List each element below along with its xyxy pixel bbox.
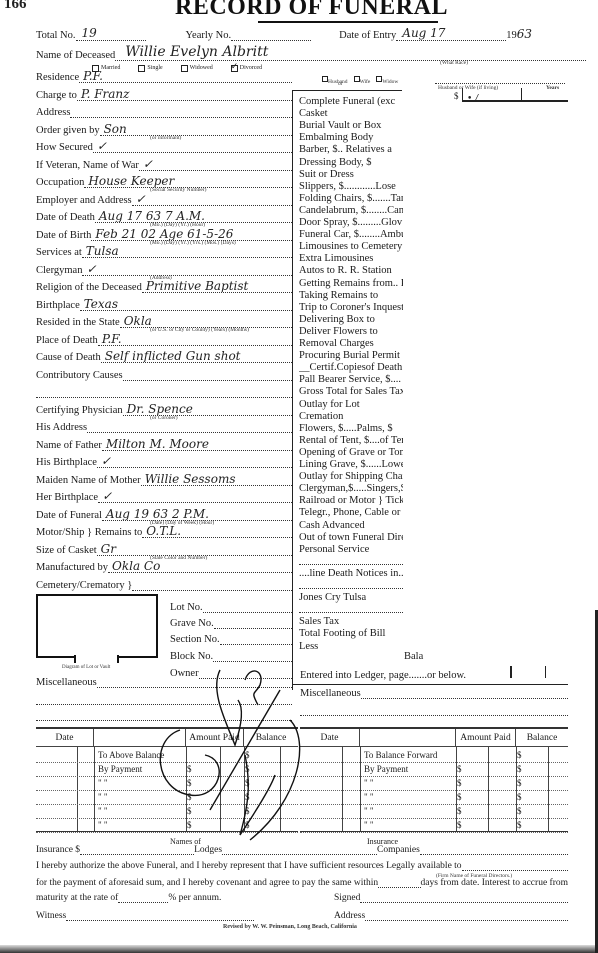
address-row: Address xyxy=(334,911,568,921)
per-annum-text: % per annum. xyxy=(168,893,221,903)
field-value[interactable]: Okla Co xyxy=(108,559,292,573)
field-value[interactable]: Aug 19 63 2 P.M. xyxy=(102,507,292,521)
field-value[interactable]: Primitive Baptist xyxy=(142,279,292,293)
field-label: Occupation xyxy=(36,177,84,188)
field-value[interactable]: ✓ xyxy=(139,157,292,171)
date-of-entry-field[interactable]: Aug 17 xyxy=(396,26,506,41)
field-label: If Veteran, Name of War xyxy=(36,160,139,171)
section-no-field[interactable] xyxy=(220,635,292,645)
field-label: Clergyman xyxy=(36,265,82,276)
charge-item[interactable] xyxy=(299,556,403,565)
ledger-row-label: By Payment xyxy=(98,764,142,774)
field-label: Religion of the Deceased xyxy=(36,282,142,293)
lodges-label: Lodges xyxy=(194,845,222,855)
ledger-right: Date Amount Paid Balance To Balance Forw… xyxy=(300,727,568,832)
charge-item[interactable]: Outlay for Shipping Charges xyxy=(299,471,403,482)
field-row-contributory-causes: Contributory Causes xyxy=(36,367,292,381)
field-value[interactable]: Willie Sessoms xyxy=(141,472,292,486)
field-row-how-secured: How Secured✓ xyxy=(36,139,292,153)
ledger-row-label: " " xyxy=(364,778,374,788)
ledger-right-date-header: Date xyxy=(300,729,360,747)
charge-item[interactable]: Limousines to Cemetery xyxy=(299,241,403,252)
dollar-sign: $ xyxy=(457,764,462,774)
charge-item[interactable]: Personal Service xyxy=(299,544,403,555)
race-label: (What Race) xyxy=(440,60,468,66)
field-row-birthplace: BirthplaceTexas xyxy=(36,297,292,311)
field-row-date-of-birth: Date of BirthFeb 21 02 Age 61-5-26 xyxy=(36,227,292,241)
field-value[interactable]: Texas xyxy=(80,297,292,311)
field-value[interactable]: ✓ xyxy=(98,489,292,503)
charge-item[interactable]: Funeral Car, $........Ambu xyxy=(299,229,403,240)
total-no-label: Total No. xyxy=(36,30,76,41)
diagram-caption: Diagram of Lot or Vault xyxy=(62,665,110,670)
interest-rate-field[interactable] xyxy=(118,893,168,903)
grave-no-row: Grave No. xyxy=(170,613,292,629)
ledger-row-label: " " xyxy=(364,806,374,816)
field-label: Motor/Ship } Remains to xyxy=(36,527,142,538)
address-field[interactable] xyxy=(365,911,568,921)
misc-right-line-2[interactable] xyxy=(300,706,568,716)
block-no-field[interactable] xyxy=(213,652,292,662)
dollar-sign: $ xyxy=(457,778,462,788)
charge-item[interactable]: Delivering Box to xyxy=(299,314,403,325)
field-value[interactable]: ✓ xyxy=(132,192,292,206)
charge-item[interactable]: Suit or Dress xyxy=(299,169,403,180)
field-value[interactable]: Okla xyxy=(120,314,292,328)
ledger-left-date-header: Date xyxy=(36,729,94,747)
dollar-sign: $ xyxy=(245,778,250,788)
ledger-row-label: " " xyxy=(98,792,108,802)
ledger-row[interactable]: " "$$ xyxy=(36,819,298,833)
field-value[interactable]: Dr. Spence xyxy=(123,402,292,416)
scan-edge-bottom xyxy=(0,945,598,953)
charge-item[interactable]: Jones Cry Tulsa xyxy=(299,592,403,603)
dollar-sign: $ xyxy=(245,792,250,802)
field-row-clergyman: Clergyman✓ xyxy=(36,262,292,276)
field-row-if-veteran-name-of-war: If Veteran, Name of War✓ xyxy=(36,157,292,171)
signed-label: Signed xyxy=(334,893,360,903)
spouse-status-group: Husband Wife Widow xyxy=(322,70,398,88)
charge-item[interactable]: Taking Remains to xyxy=(299,290,403,301)
lodges-field[interactable] xyxy=(222,845,377,855)
ledger-row[interactable]: " "$$ xyxy=(300,805,568,819)
charge-item[interactable]: Trip to Coroner's Inquest xyxy=(299,302,403,313)
charge-item[interactable]: Sales Tax xyxy=(299,616,403,627)
charge-item[interactable]: __Certif.Copiesof Death Cer xyxy=(299,362,403,373)
maturity-row: maturity at the rate of % per annum. xyxy=(36,893,336,903)
charge-item[interactable]: Removal Charges xyxy=(299,338,403,349)
field-value[interactable]: Tulsa xyxy=(82,244,292,258)
field-row-motor-ship-remains-to: Motor/Ship } Remains toO.T.L. xyxy=(36,524,292,538)
field-label: Order given by xyxy=(36,125,100,136)
field-value[interactable]: Gr xyxy=(97,542,292,556)
amount-dollar-sign: $ xyxy=(454,91,459,101)
companies-label: Companies xyxy=(377,845,420,855)
grave-no-field[interactable] xyxy=(214,619,292,629)
widow-checkbox[interactable] xyxy=(376,76,382,82)
revised-by-credit: Revised by W. W. Peinsman, Long Beach, C… xyxy=(223,924,357,930)
ledger-row-label: To Balance Forward xyxy=(364,750,437,760)
misc-left-line-2[interactable] xyxy=(36,695,292,705)
field-label: Date of Funeral xyxy=(36,510,102,521)
ledger-left-balance-header: Balance xyxy=(244,729,298,747)
charge-item[interactable]: Folding Chairs, $.......Tarp xyxy=(299,193,403,204)
dollar-sign: $ xyxy=(187,806,192,816)
charge-item[interactable]: Embalming Body xyxy=(299,132,403,143)
misc-left-row: Miscellaneous xyxy=(36,677,292,688)
charge-item[interactable]: Railroad or Motor } Tickets, $ xyxy=(299,495,403,506)
field-label: Resided in the State xyxy=(36,317,120,328)
charge-item[interactable]: Extra Limousines xyxy=(299,253,403,264)
dollar-sign: $ xyxy=(245,806,250,816)
amount-cents-rule xyxy=(522,100,568,102)
field-value[interactable]: P. Franz xyxy=(77,87,292,101)
charge-item[interactable]: Out of town Funeral Directo xyxy=(299,532,403,543)
ledger-row[interactable]: " "$$ xyxy=(300,791,568,805)
witness-label: Witness xyxy=(36,911,66,921)
authorize-text-2: for the payment of aforesaid sum, and I … xyxy=(36,878,378,888)
field-value[interactable]: P.F. xyxy=(79,69,292,83)
signed-field[interactable] xyxy=(360,893,568,903)
field-value[interactable]: O.T.L. xyxy=(142,524,292,538)
year-prefix: 19 xyxy=(506,30,517,41)
dollar-sign: $ xyxy=(245,750,250,760)
dollar-sign: $ xyxy=(187,778,192,788)
charge-item[interactable]: Pall Bearer Service, $.... Us xyxy=(299,374,403,385)
field-value[interactable]: Milton M. Moore xyxy=(102,437,292,451)
page-title: RECORD OF FUNERAL xyxy=(175,0,448,21)
ledger-row[interactable]: To Above Balance$ xyxy=(36,749,298,763)
field-row-date-of-death: Date of DeathAug 17 63 7 A.M. xyxy=(36,209,292,223)
field-row-place-of-death: Place of DeathP.F. xyxy=(36,332,292,346)
field-value[interactable]: Feb 21 02 Age 61-5-26 xyxy=(91,227,292,241)
ledger-entry-rule xyxy=(293,684,568,685)
misc-left-line-3[interactable] xyxy=(36,711,292,721)
field-label: Her Birthplace xyxy=(36,492,98,503)
field-value[interactable]: House Keeper xyxy=(84,174,292,188)
signed-row: Signed xyxy=(334,893,568,903)
charge-item[interactable] xyxy=(299,580,403,589)
ledger-row-label: " " xyxy=(98,820,108,830)
field-value[interactable]: P.F. xyxy=(98,332,292,346)
misc-right-field[interactable] xyxy=(361,689,568,699)
ledger-col-2 xyxy=(545,666,546,678)
witness-row: Witness xyxy=(36,911,254,921)
page-number: 166 xyxy=(4,0,27,13)
misc-left-label: Miscellaneous xyxy=(36,677,97,688)
field-row-date-of-funeral: Date of FuneralAug 19 63 2 P.M. xyxy=(36,507,292,521)
field-label: His Birthplace xyxy=(36,457,97,468)
lot-no-field[interactable] xyxy=(203,603,292,613)
dollar-sign: $ xyxy=(517,792,522,802)
field-row-name-of-father: Name of FatherMilton M. Moore xyxy=(36,437,292,451)
charge-item[interactable]: Candelabrum, $........Canc xyxy=(299,205,403,216)
lot-diagram-box xyxy=(36,594,158,658)
field-row-manufactured-by: Manufactured byOkla Co xyxy=(36,559,292,573)
ledger-left: Date Amount Paid Balance To Above Balanc… xyxy=(36,727,298,832)
ledger-row[interactable]: " "$$ xyxy=(36,805,298,819)
ledger-col-1 xyxy=(510,666,512,678)
dollar-sign: $ xyxy=(517,750,522,760)
field-label: Employer and Address xyxy=(36,195,132,206)
ledger-row[interactable]: " "$$ xyxy=(300,777,568,791)
ledger-left-desc-header xyxy=(94,729,186,747)
insurance-row: Insurance $ Lodges Companies xyxy=(36,845,568,855)
field-label: Services at xyxy=(36,247,82,258)
charge-item[interactable] xyxy=(299,604,403,613)
insurance-label: Insurance $ xyxy=(36,845,80,855)
ledger-entry-label: Entered into Ledger, page.......or below… xyxy=(300,670,466,681)
insurance-field[interactable] xyxy=(80,845,194,855)
field-label: Manufactured by xyxy=(36,562,108,573)
charge-item[interactable]: Rental of Tent, $....of Temp xyxy=(299,435,403,446)
charge-item[interactable]: Lining Grave, $......Lower xyxy=(299,459,403,470)
dollar-sign: $ xyxy=(517,764,522,774)
charge-item[interactable]: Cash Advanced xyxy=(299,520,403,531)
ledger-row[interactable]: To Balance Forward$ xyxy=(300,749,568,763)
ledger-right-balance-header: Balance xyxy=(516,729,568,747)
field-value[interactable]: Self inflicted Gun shot xyxy=(101,349,292,363)
ledger-row[interactable]: By Payment$$ xyxy=(300,763,568,777)
yearly-no-label: Yearly No. xyxy=(186,30,232,41)
charge-item[interactable]: Autos to R. R. Station xyxy=(299,265,403,276)
title-underline xyxy=(258,21,438,23)
dollar-sign: $ xyxy=(457,806,462,816)
field-label: His Address xyxy=(36,422,87,433)
cemetery-fields: Lot No. Grave No. Section No. Block No. … xyxy=(170,596,292,679)
field-label: Birthplace xyxy=(36,300,80,311)
wife-checkbox[interactable] xyxy=(354,76,360,82)
misc-left-field[interactable] xyxy=(97,678,292,688)
ledger-row-label: By Payment xyxy=(364,764,408,774)
charge-item[interactable]: Dressing Body, $ xyxy=(299,157,403,168)
ledger-row-label: " " xyxy=(98,778,108,788)
charge-item[interactable]: Getting Remains from.. P xyxy=(299,278,403,289)
charges-panel-top xyxy=(292,90,402,91)
field-value[interactable]: ✓ xyxy=(93,139,292,153)
field-row-his-address: His Address xyxy=(36,419,292,433)
ledger-right-amount-header: Amount Paid xyxy=(456,729,516,747)
balance-label: Bala xyxy=(404,651,423,662)
field-row-resided-in-the-state: Resided in the StateOkla xyxy=(36,314,292,328)
field-label: Place of Death xyxy=(36,335,98,346)
years-label: Years xyxy=(546,85,559,91)
total-no-field[interactable]: 19 xyxy=(76,26,146,41)
firm-name-field[interactable] xyxy=(462,861,568,871)
authorize-row-2: for the payment of aforesaid sum, and I … xyxy=(36,878,568,888)
dollar-sign: $ xyxy=(245,764,250,774)
ledger-row[interactable]: By Payment$$ xyxy=(36,763,298,777)
misc-right-row: Miscellaneous xyxy=(300,688,568,699)
days-text: days from date. Interest to accrue from xyxy=(421,878,568,888)
maturity-text: maturity at the rate of xyxy=(36,893,118,903)
dollar-sign: $ xyxy=(245,820,250,830)
charge-item[interactable]: Cremation xyxy=(299,411,403,422)
field-row-employer-and-address: Employer and Address✓ xyxy=(36,192,292,206)
field-row-his-birthplace: His Birthplace✓ xyxy=(36,454,292,468)
field-row-residence: ResidenceP.F. xyxy=(36,69,292,83)
authorize-text-1: I hereby authorize the above Funeral, an… xyxy=(36,861,462,871)
field-row-blank xyxy=(36,384,292,398)
block-no-row: Block No. xyxy=(170,645,292,662)
year-field[interactable]: 63 xyxy=(517,27,532,41)
address-label: Address xyxy=(334,911,365,921)
charge-item[interactable]: Barber, $.. Relatives a xyxy=(299,144,403,155)
charge-item[interactable]: Gross Total for Sales Tax xyxy=(299,386,403,397)
ledger-row[interactable]: " "$$ xyxy=(36,777,298,791)
field-label: Cause of Death xyxy=(36,352,101,363)
charge-item[interactable]: Procuring Burial Permit xyxy=(299,350,403,361)
field-value[interactable] xyxy=(123,367,292,381)
field-row-order-given-by: Order given bySon xyxy=(36,122,292,136)
spouse-dots xyxy=(435,76,565,84)
charge-item[interactable]: Outlay for Lot xyxy=(299,399,403,410)
ledger-row-label: To Above Balance xyxy=(98,750,164,760)
field-row-services-at: Services atTulsa xyxy=(36,244,292,258)
field-label: Date of Death xyxy=(36,212,95,223)
field-value[interactable] xyxy=(87,419,292,433)
lot-no-row: Lot No. xyxy=(170,596,292,613)
charge-item[interactable]: Deliver Flowers to xyxy=(299,326,403,337)
field-label: Charge to xyxy=(36,90,77,101)
ledger-row[interactable]: " "$$ xyxy=(36,791,298,805)
yearly-no-field[interactable] xyxy=(231,31,311,41)
days-field[interactable] xyxy=(378,878,420,888)
field-value[interactable] xyxy=(36,384,292,398)
field-row-address: Address xyxy=(36,104,292,118)
field-label: Date of Birth xyxy=(36,230,91,241)
complete-funeral-amount[interactable]: • / xyxy=(462,88,522,102)
field-label: Address xyxy=(36,107,70,118)
field-row-size-of-casket: Size of CasketGr xyxy=(36,542,292,556)
ledger-row-label: " " xyxy=(364,792,374,802)
field-label: How Secured xyxy=(36,142,93,153)
charge-item[interactable]: Opening of Grave or Tomb xyxy=(299,447,403,458)
field-row-occupation: OccupationHouse Keeper xyxy=(36,174,292,188)
charge-item[interactable]: Flowers, $.....Palms, $ xyxy=(299,423,403,434)
or-label: or xyxy=(338,81,343,87)
field-row-charge-to: Charge toP. Franz xyxy=(36,87,292,101)
ledger-row[interactable]: " "$$ xyxy=(300,819,568,833)
field-row-religion-of-the-deceased: Religion of the DeceasedPrimitive Baptis… xyxy=(36,279,292,293)
field-label: Name of Father xyxy=(36,440,102,451)
dollar-sign: $ xyxy=(187,764,192,774)
field-row-cemetery-crematory: Cemetery/Crematory } xyxy=(36,577,292,591)
ledger-row-label: " " xyxy=(364,820,374,830)
field-row-maiden-name-of-mother: Maiden Name of MotherWillie Sessoms xyxy=(36,472,292,486)
field-row-her-birthplace: Her Birthplace✓ xyxy=(36,489,292,503)
charge-item[interactable]: Complete Funeral (exc xyxy=(299,96,403,107)
field-value[interactable]: Aug 17 63 7 A.M. xyxy=(95,209,292,223)
charge-item[interactable]: Slippers, $............Lose xyxy=(299,181,403,192)
authorize-row-1: I hereby authorize the above Funeral, an… xyxy=(36,861,568,871)
field-value[interactable]: ✓ xyxy=(97,454,292,468)
charge-item[interactable]: Burial Vault or Box xyxy=(299,120,403,131)
misc-right-label: Miscellaneous xyxy=(300,688,361,699)
charge-item[interactable]: Total Footing of Bill xyxy=(299,628,403,639)
field-label: Size of Casket xyxy=(36,545,97,556)
field-label: Certifying Physician xyxy=(36,405,123,416)
husband-checkbox[interactable] xyxy=(322,76,328,82)
field-label: Cemetery/Crematory } xyxy=(36,580,132,591)
charge-item[interactable]: Casket xyxy=(299,108,403,119)
date-of-entry-label: Date of Entry xyxy=(339,30,396,41)
charge-item[interactable]: Telegr., Phone, Cable or Rad xyxy=(299,507,403,518)
ledger-left-amount-header: Amount Paid xyxy=(186,729,244,747)
dollar-sign: $ xyxy=(187,820,192,830)
field-value[interactable]: Son xyxy=(100,122,292,136)
field-value[interactable]: ✓ xyxy=(82,262,292,276)
dollar-sign: $ xyxy=(457,792,462,802)
dollar-sign: $ xyxy=(517,778,522,788)
field-row-cause-of-death: Cause of DeathSelf inflicted Gun shot xyxy=(36,349,292,363)
ledger-right-desc-header xyxy=(360,729,456,747)
field-row-certifying-physician: Certifying PhysicianDr. Spence xyxy=(36,402,292,416)
companies-field[interactable] xyxy=(420,845,568,855)
header-row-1: Total No. 19 Yearly No. Date of Entry Au… xyxy=(36,26,586,41)
charge-item[interactable]: Clergyman,$.....Singers,$. xyxy=(299,483,403,494)
ledger-row-label: " " xyxy=(98,806,108,816)
dollar-sign: $ xyxy=(517,820,522,830)
field-label: Maiden Name of Mother xyxy=(36,475,141,486)
dollar-sign: $ xyxy=(457,820,462,830)
field-label: Contributory Causes xyxy=(36,370,123,381)
charge-item[interactable]: Door Spray, $.........Glov xyxy=(299,217,403,228)
dollar-sign: $ xyxy=(187,792,192,802)
charge-item[interactable]: ....line Death Notices in.. xyxy=(299,568,403,579)
section-no-row: Section No. xyxy=(170,629,292,645)
field-value[interactable] xyxy=(132,577,292,591)
field-label: Residence xyxy=(36,72,79,83)
charge-item[interactable]: Less xyxy=(299,641,403,652)
witness-field[interactable] xyxy=(66,911,254,921)
field-value[interactable] xyxy=(70,104,292,118)
lot-diagram-entrance xyxy=(74,655,119,663)
dollar-sign: $ xyxy=(517,806,522,816)
